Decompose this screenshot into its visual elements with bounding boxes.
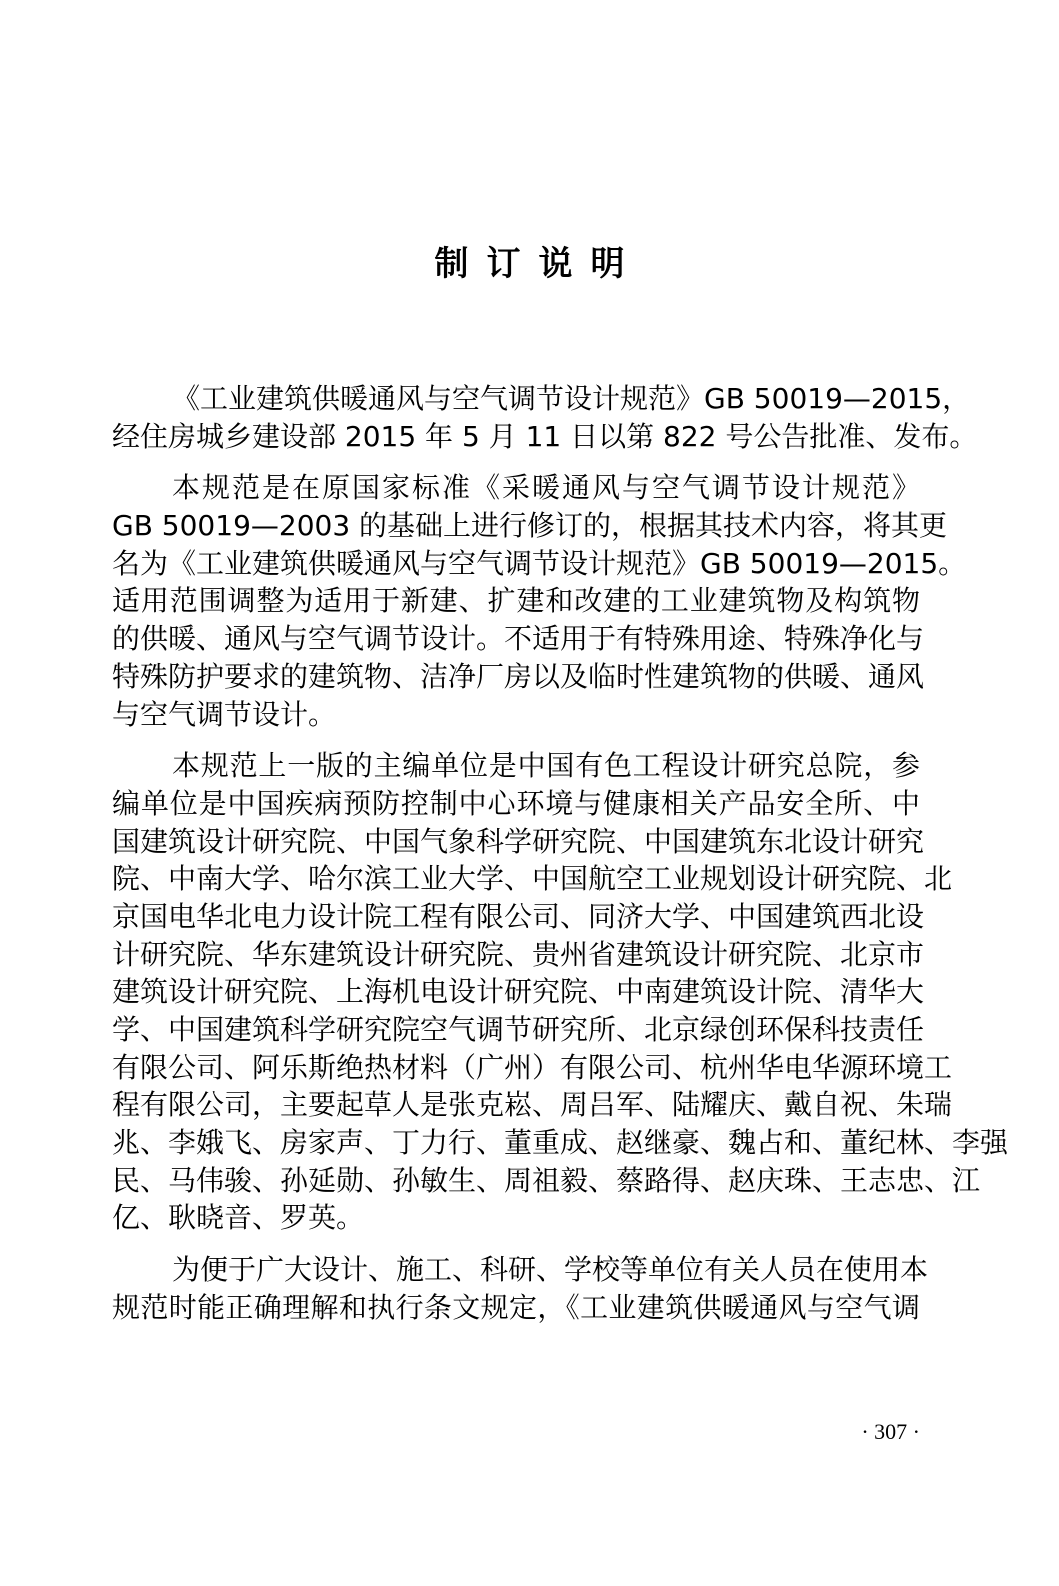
text-line: 规范时能正确理解和执行条文规定，《工业建筑供暖通风与空气调 (112, 1289, 920, 1327)
paragraph-explanation-purpose: 为便于广大设计、施工、科研、学校等单位有关人员在使用本 规范时能正确理解和执行条… (112, 1251, 920, 1326)
text-line: 学、中国建筑科学研究院空气调节研究所、北京绿创环保科技责任 (112, 1011, 920, 1049)
text-line: GB 50019—2003 的基础上进行修订的，根据其技术内容，将其更 (112, 507, 920, 545)
text-line: 民、马伟骏、孙延勋、孙敏生、周祖毅、蔡路得、赵庆珠、王志忠、江 (112, 1162, 920, 1200)
text-line: 有限公司、阿乐斯绝热材料（广州）有限公司、杭州华电华源环境工 (112, 1049, 920, 1087)
paragraph-approval: 《工业建筑供暖通风与空气调节设计规范》GB 50019—2015， 经住房城乡建… (112, 380, 920, 455)
text-line: 为便于广大设计、施工、科研、学校等单位有关人员在使用本 (112, 1251, 920, 1289)
text-line: 程有限公司，主要起草人是张克崧、周吕军、陆耀庆、戴自祝、朱瑞 (112, 1086, 920, 1124)
page-title: 制订说明 (0, 240, 1059, 288)
text-line: 兆、李娥飞、房家声、丁力行、董重成、赵继豪、魏占和、董纪林、李强 (112, 1124, 920, 1162)
document-page: 制订说明 《工业建筑供暖通风与空气调节设计规范》GB 50019—2015， 经… (0, 0, 1059, 1586)
paragraph-gap (112, 733, 920, 747)
text-line: 经住房城乡建设部 2015 年 5 月 11 日以第 822 号公告批准、发布。 (112, 418, 920, 456)
text-line: 建筑设计研究院、上海机电设计研究院、中南建筑设计院、清华大 (112, 973, 920, 1011)
body-text: 《工业建筑供暖通风与空气调节设计规范》GB 50019—2015， 经住房城乡建… (112, 380, 920, 1327)
text-line: 的供暖、通风与空气调节设计。不适用于有特殊用途、特殊净化与 (112, 620, 920, 658)
text-line: 国建筑设计研究院、中国气象科学研究院、中国建筑东北设计研究 (112, 823, 920, 861)
text-line: 亿、耿晓音、罗英。 (112, 1199, 920, 1237)
text-line: 名为《工业建筑供暖通风与空气调节设计规范》GB 50019—2015。 (112, 545, 920, 583)
text-line: 编单位是中国疾病预防控制中心环境与健康相关产品安全所、中 (112, 785, 920, 823)
text-line: 适用范围调整为适用于新建、扩建和改建的工业建筑物及构筑物 (112, 582, 920, 620)
text-line: 特殊防护要求的建筑物、洁净厂房以及临时性建筑物的供暖、通风 (112, 658, 920, 696)
text-line: 本规范上一版的主编单位是中国有色工程设计研究总院，参 (112, 747, 920, 785)
paragraph-gap (112, 455, 920, 469)
paragraph-contributors: 本规范上一版的主编单位是中国有色工程设计研究总院，参 编单位是中国疾病预防控制中… (112, 747, 920, 1237)
paragraph-gap (112, 1237, 920, 1251)
paragraph-revision-basis: 本规范是在原国家标准《采暖通风与空气调节设计规范》 GB 50019—2003 … (112, 469, 920, 733)
text-line: 京国电华北电力设计院工程有限公司、同济大学、中国建筑西北设 (112, 898, 920, 936)
page-number: · 307 · (800, 1414, 920, 1450)
text-line: 院、中南大学、哈尔滨工业大学、中国航空工业规划设计研究院、北 (112, 860, 920, 898)
text-line: 本规范是在原国家标准《采暖通风与空气调节设计规范》 (112, 469, 920, 507)
text-line: 与空气调节设计。 (112, 696, 920, 734)
text-line: 《工业建筑供暖通风与空气调节设计规范》GB 50019—2015， (112, 380, 920, 418)
text-line: 计研究院、华东建筑设计研究院、贵州省建筑设计研究院、北京市 (112, 936, 920, 974)
